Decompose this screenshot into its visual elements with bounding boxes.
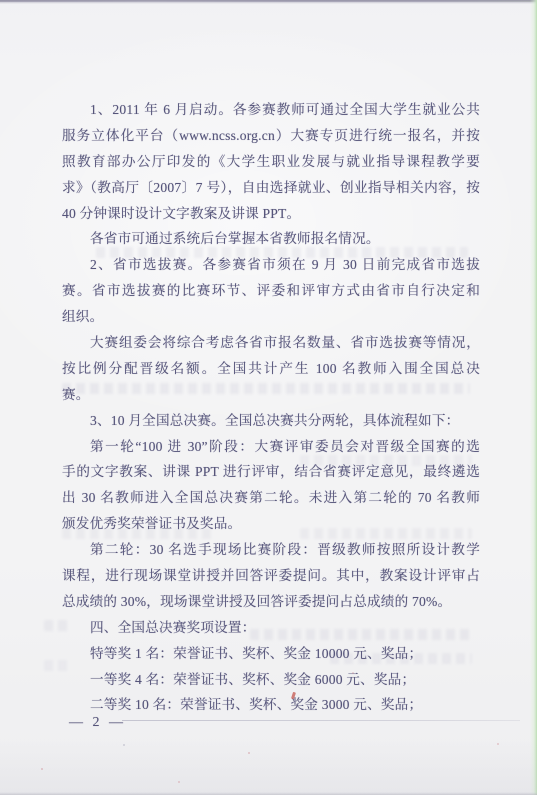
document-line: 按比例分配晋级名额。全国共计产生 100 名教师入围全国总决 (62, 356, 480, 382)
document-line: 3、10 月全国总决赛。全国总决赛共分两轮，具体流程如下： (62, 408, 480, 434)
document-line: 四、全国总决赛奖项设置： (62, 615, 480, 641)
scan-speck (41, 768, 43, 770)
document-line: 2、省市选拔赛。各参赛省市须在 9 月 30 日前完成省市选拔 (62, 252, 480, 278)
document-line: 求》（教高厅〔2007〕7 号），自由选择就业、创业指导相关内容，按 (62, 175, 480, 201)
document-line: 大赛组委会将综合考虑各省市报名数量、省市选拔赛等情况， (62, 330, 480, 356)
document-line: 特等奖 1 名：荣誉证书、奖杯、奖金 10000 元、奖品； (62, 641, 480, 667)
scanned-document-page: 1、2011 年 6 月启动。各参赛教师可通过全国大学生就业公共服务立体化平台（… (0, 0, 537, 795)
scan-speck (248, 752, 250, 754)
document-body: 1、2011 年 6 月启动。各参赛教师可通过全国大学生就业公共服务立体化平台（… (62, 97, 480, 718)
scan-speck (352, 672, 354, 674)
scan-speck (497, 743, 499, 745)
document-line: 40 分钟课时设计文字教案及讲课 PPT。 (62, 201, 480, 227)
document-line: 赛。 (62, 382, 480, 408)
document-line: 赛。省市选拔赛的比赛环节、评委和评审方式由省市自行决定和 (62, 278, 480, 304)
document-line: 出 30 名教师进入全国总决赛第二轮。未进入第二轮的 70 名教师 (62, 485, 480, 511)
document-line: 1、2011 年 6 月启动。各参赛教师可通过全国大学生就业公共 (62, 97, 480, 123)
scan-right-edge-green (530, 0, 537, 795)
scan-bottom-shade (0, 740, 537, 795)
document-line: 课程，进行现场课堂讲授并回答评委提问。其中，教案设计评审占 (62, 563, 480, 589)
scan-speck (178, 781, 180, 783)
document-line: 颁发优秀奖荣誉证书及奖品。 (62, 511, 480, 537)
document-line: 总成绩的 30%，现场课堂讲授及回答评委提问占总成绩的 70%。 (62, 589, 480, 615)
document-line: 第二轮：30 名选手现场比赛阶段：晋级教师按照所设计教学 (62, 537, 480, 563)
scan-top-edge-shadow (0, 0, 537, 4)
document-line: 第一轮“100 进 30”阶段：大赛评审委员会对晋级全国赛的选 (62, 434, 480, 460)
document-line: 各省市可通过系统后台掌握本省教师报名情况。 (62, 226, 480, 252)
footer-rule (122, 720, 520, 721)
scan-speck (123, 744, 125, 746)
page-number: — 2 — (69, 714, 126, 732)
document-line: 手的文字教案、讲课 PPT 进行评审，结合省赛评定意见，最终遴选 (62, 459, 480, 485)
document-line: 组织。 (62, 304, 480, 330)
document-line: 一等奖 4 名：荣誉证书、奖杯、奖金 6000 元、奖品； (62, 667, 480, 693)
document-line: 服务立体化平台（www.ncss.org.cn）大赛专页进行统一报名，并按 (62, 123, 480, 149)
document-line: 照教育部办公厅印发的《大学生职业发展与就业指导课程教学要 (62, 149, 480, 175)
